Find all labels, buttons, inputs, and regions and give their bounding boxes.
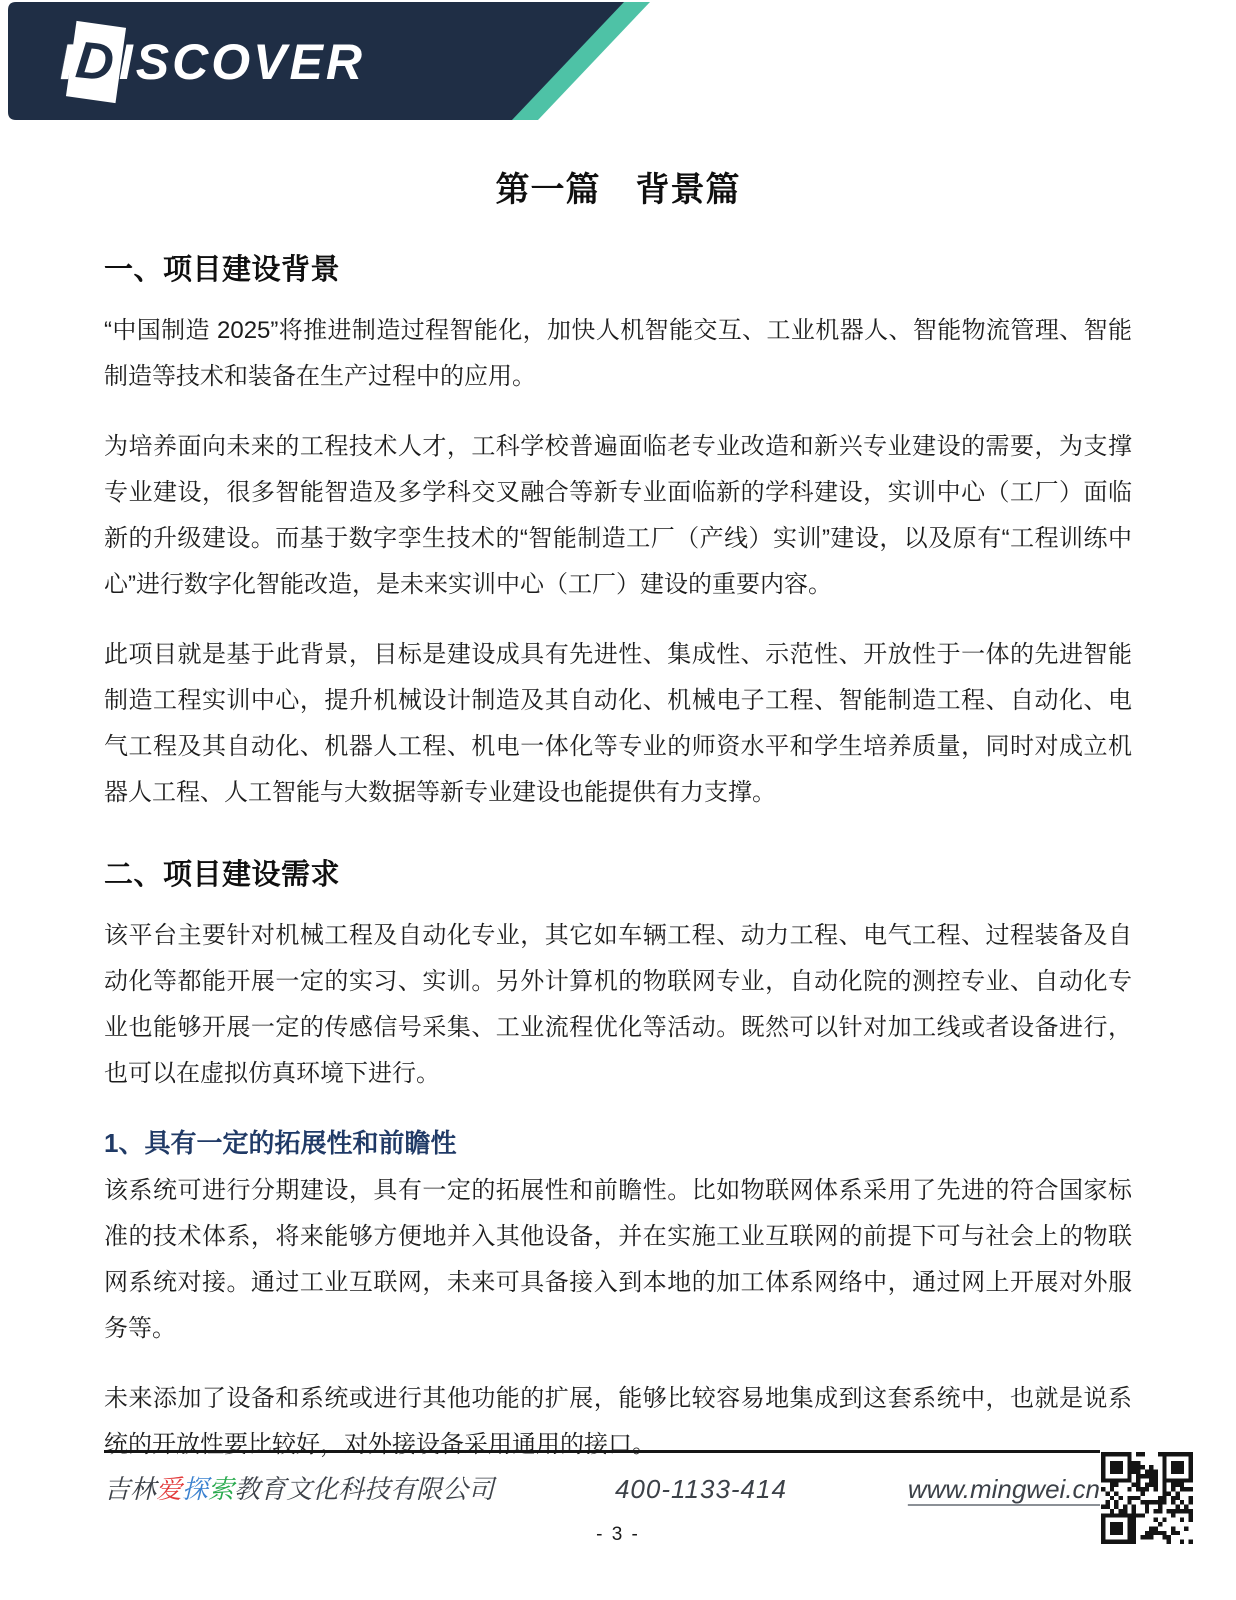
paragraph-expandability: 该系统可进行分期建设，具有一定的拓展性和前瞻性。比如物联网体系采用了先进的符合国… bbox=[104, 1168, 1132, 1352]
subsection-heading-expandability: 1、具有一定的拓展性和前瞻性 bbox=[104, 1123, 1132, 1160]
header-banner: I D ISCOVER bbox=[0, 0, 720, 122]
paragraph-talent-training: 为培养面向未来的工程技术人才，工科学校普遍面临老专业改造和新兴专业建设的需要，为… bbox=[104, 424, 1132, 608]
discover-logo: I D ISCOVER bbox=[60, 24, 365, 100]
section-heading-background: 一、项目建设背景 bbox=[104, 247, 1132, 288]
paragraph-project-goal: 此项目就是基于此背景，目标是建设成具有先进性、集成性、示范性、开放性于一体的先进… bbox=[104, 632, 1132, 816]
logo-letter-i: I bbox=[60, 33, 77, 91]
company-name: 吉林爱探索教育文化科技有限公司 bbox=[104, 1469, 494, 1506]
company-seg: 探 bbox=[182, 1474, 208, 1504]
section-heading-requirements: 二、项目建设需求 bbox=[104, 852, 1132, 893]
paragraph-intro-2025: “中国制造 2025”将推进制造过程智能化，加快人机智能交互、工业机器人、智能物… bbox=[104, 308, 1132, 400]
company-seg: 吉林 bbox=[104, 1474, 156, 1504]
footer: 吉林爱探索教育文化科技有限公司 400-1133-414 www.mingwei… bbox=[104, 1450, 1100, 1506]
page-title: 第一篇 背景篇 bbox=[104, 162, 1132, 211]
document-page: I D ISCOVER 第一篇 背景篇 一、项目建设背景 “中国制造 2025”… bbox=[0, 0, 1236, 1600]
company-seg: 索 bbox=[208, 1474, 234, 1504]
website-link[interactable]: www.mingwei.cn bbox=[908, 1474, 1100, 1505]
paragraph-platform-scope: 该平台主要针对机械工程及自动化专业，其它如车辆工程、动力工程、电气工程、过程装备… bbox=[104, 913, 1132, 1097]
page-number: - 3 - bbox=[0, 1524, 1236, 1546]
document-content: 第一篇 背景篇 一、项目建设背景 “中国制造 2025”将推进制造过程智能化，加… bbox=[104, 122, 1132, 1492]
logo-text: ISCOVER bbox=[119, 33, 365, 91]
footer-row: 吉林爱探索教育文化科技有限公司 400-1133-414 www.mingwei… bbox=[104, 1469, 1100, 1506]
company-seg: 教育文化科技有限公司 bbox=[234, 1474, 494, 1504]
phone-number: 400-1133-414 bbox=[615, 1474, 787, 1505]
company-seg: 爱 bbox=[156, 1474, 182, 1504]
